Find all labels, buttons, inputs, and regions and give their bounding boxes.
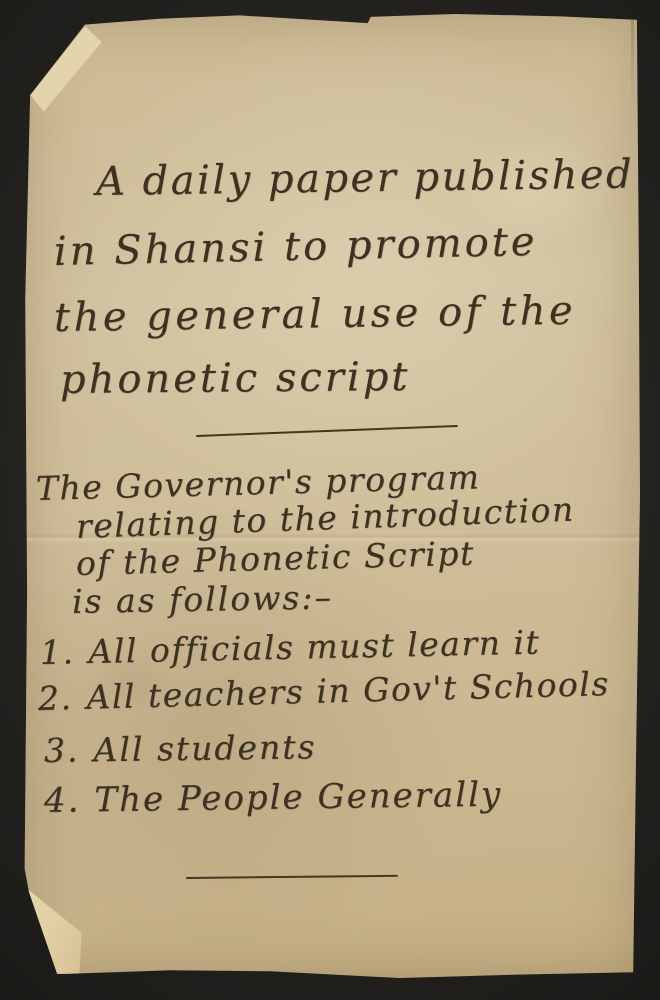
title-line-1: A daily paper published [96, 151, 635, 205]
bottom-left-dogear-fold [26, 885, 84, 977]
list-item-2-text: All teachers in Gov't Schools [86, 664, 610, 717]
paragraph-line-4: is as follows:– [72, 577, 334, 621]
list-item-4-number: 4. [44, 780, 81, 821]
title-line-4: phonetic script [60, 354, 411, 403]
paper-sheet: A daily paper published in Shansi to pro… [24, 13, 640, 979]
list-item-4-text: The People Generally [94, 775, 502, 821]
right-edge-crease [631, 19, 634, 109]
list-item-1: 1.All officials must learn it [40, 623, 541, 672]
list-item-1-text: All officials must learn it [88, 623, 541, 671]
list-item-4: 4.The People Generally [44, 775, 503, 821]
handwritten-divider-top [196, 425, 458, 437]
handwritten-divider-bottom [186, 875, 398, 879]
list-item-2-number: 2. [37, 678, 73, 718]
photo-background: A daily paper published in Shansi to pro… [0, 0, 660, 1000]
list-item-3-number: 3. [44, 731, 80, 770]
title-line-2: in Shansi to promote [54, 219, 538, 275]
list-item-2: 2.All teachers in Gov't Schools [37, 664, 610, 718]
list-item-1-number: 1. [40, 632, 75, 672]
list-item-3: 3.All students [44, 727, 317, 770]
title-line-3: the general use of the [54, 288, 577, 341]
list-item-3-text: All students [93, 727, 317, 769]
